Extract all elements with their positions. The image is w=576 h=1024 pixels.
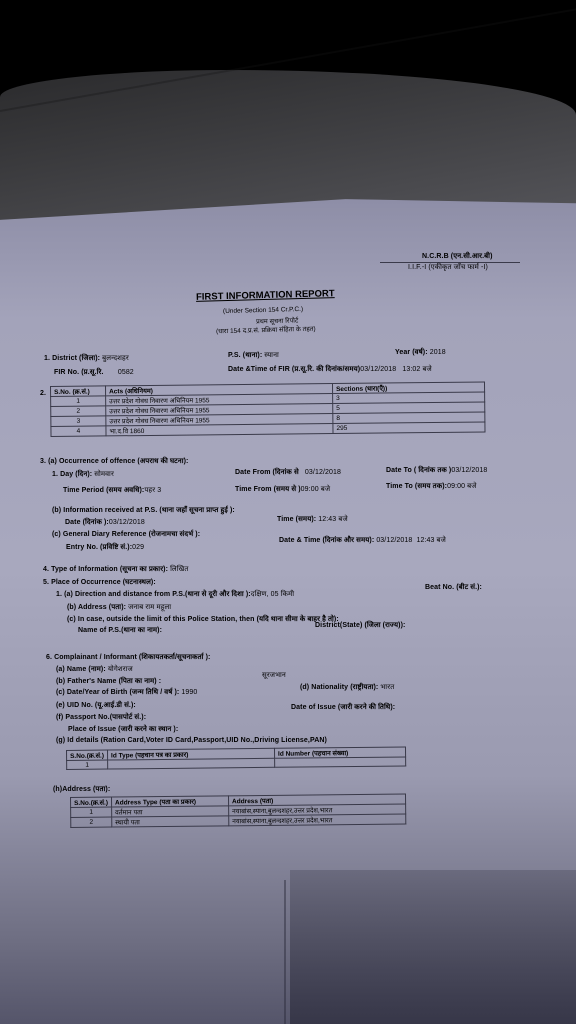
place-of-occurrence-label: 5. Place of Occurrence (घटनास्थल): bbox=[43, 579, 156, 586]
complainant-name-label: (a) Name (नाम): bbox=[56, 666, 106, 673]
passport-label: (f) Passport No.(पासपोर्ट सं.): bbox=[56, 714, 146, 721]
act-name: भा.द.वि 1860 bbox=[106, 424, 333, 436]
paper-shadow bbox=[290, 870, 576, 1024]
entry-value: 029 bbox=[132, 544, 144, 551]
address-header-sno: S.No.(क्र.सं.) bbox=[71, 797, 112, 807]
iif-code: I.I.F.-I (एकीकृत जाँच फार्म -I) bbox=[408, 264, 488, 271]
act-sno: 3 bbox=[51, 416, 106, 427]
direction-label: 1. (a) Direction and distance from P.S.(… bbox=[56, 591, 251, 598]
fir-time: 13:02 बजे bbox=[402, 366, 431, 373]
district-state-label: District(State) (जिला (राज्य)): bbox=[315, 622, 405, 629]
nationality-value: भारत bbox=[380, 684, 394, 691]
id-details-table: S.No.(क्र.सं.) Id Type (पहचान पत्र का प्… bbox=[66, 746, 406, 770]
date-of-issue-label: Date of Issue (जारी करने की तिथि): bbox=[291, 704, 395, 711]
district-value: बुलन्दशहर bbox=[102, 355, 129, 362]
header-rule bbox=[380, 262, 520, 263]
acts-table: S.No. (क्र.सं.) Acts (अधिनियम) Sections … bbox=[50, 381, 486, 437]
direction-value: दक्षिण, 05 किमी bbox=[251, 591, 294, 598]
info-time-row: Time (समय): 12:43 बजे bbox=[277, 516, 348, 523]
ps-row: P.S. (थाना): स्याना bbox=[228, 352, 279, 359]
time-to-row: Time To (समय तक):09:00 बजे bbox=[386, 483, 477, 490]
place-address-label: (b) Address (पता): bbox=[67, 604, 126, 611]
entry-row: Entry No. (प्रविष्टि सं.):029 bbox=[66, 544, 144, 551]
district-label: 1. District (जिला): bbox=[44, 355, 100, 362]
beat-label: Beat No. (बीट सं.): bbox=[425, 584, 482, 591]
fir-label: FIR No. (प्र.सू.रि. bbox=[54, 369, 104, 376]
gd-time: 12:43 बजे bbox=[416, 537, 445, 544]
id-sno: 1 bbox=[67, 760, 108, 769]
address-sno: 1 bbox=[71, 807, 112, 817]
id-number bbox=[275, 757, 406, 767]
general-diary-label: (c) General Diary Reference (रोजनामचा सं… bbox=[52, 531, 200, 538]
occurrence-label: 3. (a) Occurrence of offence (अपराध की घ… bbox=[40, 458, 188, 465]
date-from-value: 03/12/2018 bbox=[305, 469, 341, 476]
info-date-row: Date (दिनांक ):03/12/2018 bbox=[65, 519, 145, 526]
ps-label: P.S. (थाना): bbox=[228, 352, 262, 359]
gd-datetime-label: Date & Time (दिनांक और समय): bbox=[279, 537, 374, 544]
id-details-label: (g) Id details (Ration Card,Voter ID Car… bbox=[56, 737, 327, 744]
info-time-value: 12:43 बजे bbox=[318, 516, 347, 523]
info-date-label: Date (दिनांक ): bbox=[65, 519, 109, 526]
type-of-info-row: 4. Type of Information (सूचना का प्रकार)… bbox=[43, 566, 188, 573]
info-time-label: Time (समय): bbox=[277, 516, 316, 523]
section2-number: 2. bbox=[40, 390, 46, 397]
gd-date: 03/12/2018 bbox=[376, 537, 412, 544]
time-from-value: 09:00 बजे bbox=[301, 486, 330, 493]
date-to-row: Date To ( दिनांक तक )03/12/2018 bbox=[386, 467, 487, 474]
year-row: Year (वर्ष): 2018 bbox=[395, 349, 446, 356]
type-of-info-value: लिखित bbox=[170, 566, 188, 573]
date-to-value: 03/12/2018 bbox=[451, 467, 487, 474]
day-value: सोमवार bbox=[94, 471, 114, 478]
act-sno: 4 bbox=[51, 426, 106, 437]
act-sno: 1 bbox=[51, 396, 106, 407]
id-type bbox=[108, 758, 275, 769]
gd-datetime-row: Date & Time (दिनांक और समय): 03/12/2018 … bbox=[279, 537, 446, 544]
address-type: स्थायी पता bbox=[112, 816, 229, 827]
nationality-label: (d) Nationality (राष्ट्रीयता): bbox=[300, 684, 378, 691]
year-label: Year (वर्ष): bbox=[395, 349, 428, 356]
fir-row: FIR No. (प्र.सू.रि. 0582 bbox=[54, 369, 134, 376]
dob-label: (c) Date/Year of Birth (जन्म तिथि / वर्ष… bbox=[56, 689, 179, 696]
act-sno: 2 bbox=[51, 406, 106, 417]
father-name-label: (b) Father's Name (पिता का नाम) : bbox=[56, 678, 161, 685]
info-date-value: 03/12/2018 bbox=[109, 519, 145, 526]
act-section: 295 bbox=[333, 422, 485, 434]
dob-value: 1990 bbox=[181, 689, 197, 696]
place-address-value: जनाब राम महूला bbox=[128, 604, 171, 611]
id-header-sno: S.No.(क्र.सं.) bbox=[67, 750, 108, 760]
time-from-label: Time From (समय से ) bbox=[235, 486, 301, 493]
direction-row: 1. (a) Direction and distance from P.S.(… bbox=[56, 591, 294, 598]
complainant-name-value: योगेशराज bbox=[108, 666, 133, 673]
ps-name-label: Name of P.S.(थाना का नाम): bbox=[78, 627, 162, 634]
address-value: नयाबांस,स्याना,बुलन्दशहर,उत्तर प्रदेश,भा… bbox=[229, 814, 406, 826]
name-row: (a) Name (नाम): योगेशराज bbox=[56, 666, 133, 673]
address-sno: 2 bbox=[71, 817, 112, 827]
entry-label: Entry No. (प्रविष्टि सं.): bbox=[66, 544, 132, 551]
place-of-issue-label: Place of Issue (जारी करने का स्थान ): bbox=[68, 726, 178, 733]
fir-datetime-label: Date &Time of FIR (प्र.सू.रि. की दिनांक/… bbox=[228, 366, 360, 373]
paper-fold bbox=[284, 880, 286, 1024]
address-table: S.No.(क्र.सं.) Address Type (पता का प्रक… bbox=[70, 793, 406, 828]
type-of-info-label: 4. Type of Information (सूचना का प्रकार)… bbox=[43, 566, 168, 573]
info-received-label: (b) Information received at P.S. (थाना ज… bbox=[52, 507, 235, 514]
day-row: 1. Day (दिन): सोमवार bbox=[52, 471, 114, 478]
date-to-label: Date To ( दिनांक तक ) bbox=[386, 467, 451, 474]
time-from-row: Time From (समय से )09:00 बजे bbox=[235, 486, 330, 493]
ps-value: स्याना bbox=[264, 352, 279, 359]
day-label: 1. Day (दिन): bbox=[52, 471, 92, 478]
nationality-row: (d) Nationality (राष्ट्रीयता): भारत bbox=[300, 684, 394, 691]
uid-label: (e) UID No. (यू.आई.डी सं.): bbox=[56, 702, 136, 709]
fir-value: 0582 bbox=[118, 369, 134, 376]
year-value: 2018 bbox=[430, 349, 446, 356]
complainant-address-label: (h)Address (पता): bbox=[53, 786, 110, 793]
outside-limit-label: (c) In case, outside the limit of this P… bbox=[67, 616, 339, 623]
acts-header-sno: S.No. (क्र.सं.) bbox=[51, 386, 106, 397]
address-row: (b) Address (पता): जनाब राम महूला bbox=[67, 604, 171, 611]
ncrb-code: N.C.R.B (एन.सी.आर.बी) bbox=[422, 253, 493, 260]
district-row: 1. District (जिला): बुलन्दशहर bbox=[44, 355, 129, 362]
complainant-label: 6. Complainant / Informant (शिकायतकर्ता/… bbox=[46, 654, 210, 661]
time-to-value: 09:00 बजे bbox=[447, 483, 476, 490]
time-period-value: पहर 3 bbox=[144, 487, 161, 494]
fir-date: 03/12/2018 bbox=[360, 366, 396, 373]
dob-row: (c) Date/Year of Birth (जन्म तिथि / वर्ष… bbox=[56, 689, 197, 696]
date-from-label: Date From (दिनांक से bbox=[235, 469, 299, 476]
time-period-row: Time Period (समय अवधि):पहर 3 bbox=[63, 487, 161, 494]
time-to-label: Time To (समय तक): bbox=[386, 483, 447, 490]
father-name-value: सूरजभान bbox=[262, 672, 286, 679]
fir-datetime-row: Date &Time of FIR (प्र.सू.रि. की दिनांक/… bbox=[228, 366, 432, 373]
date-from-row: Date From (दिनांक से 03/12/2018 bbox=[235, 469, 341, 476]
time-period-label: Time Period (समय अवधि): bbox=[63, 487, 144, 494]
